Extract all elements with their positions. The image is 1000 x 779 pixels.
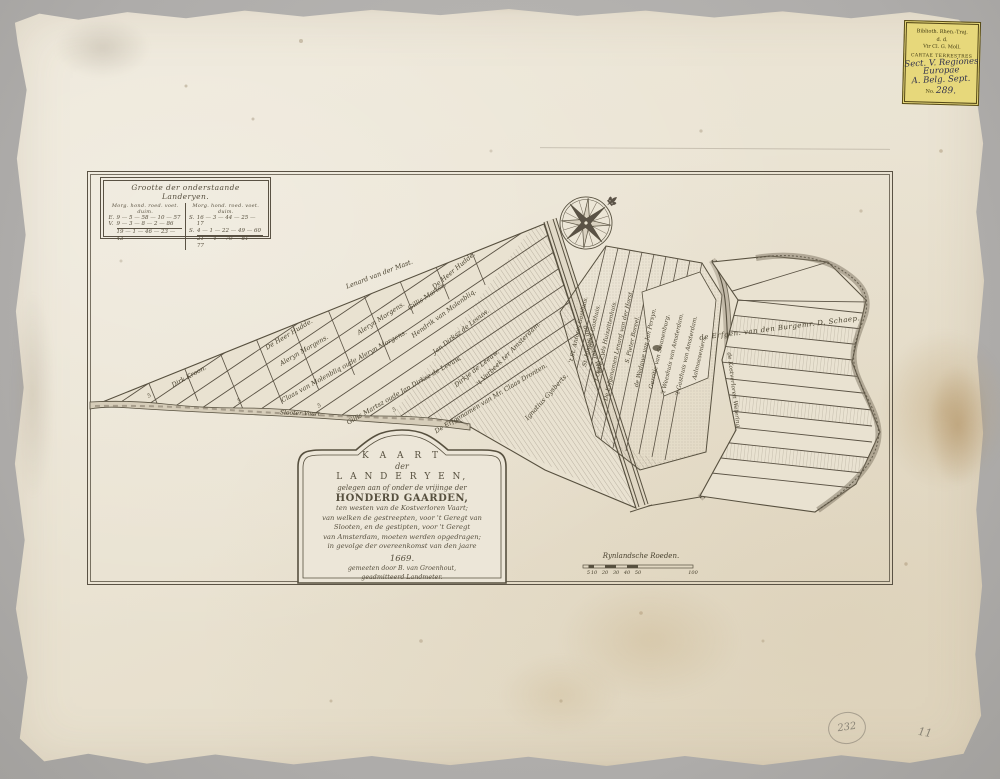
- cartouche-line: van welken de gestreepten, voor 't Gereg…: [300, 514, 504, 524]
- legend-row: S.16 — 3 — 44 — 25 — 17: [189, 215, 263, 229]
- cartouche-surveyor-title: geadmitteerd Landmeter.: [300, 573, 504, 582]
- cartouche-surveyor: gemeeten door B. van Groenhout,: [300, 564, 504, 573]
- label-line: Vir Cl. G. Moll.: [904, 43, 979, 52]
- cartouche-line: L A N D E R Y E N,: [300, 472, 504, 482]
- scale-tick: 30: [613, 570, 620, 576]
- legend-title: Grootte der onderstaande Landeryen.: [107, 183, 265, 201]
- cartouche-line: K A A R T: [300, 451, 504, 461]
- row-label: S.: [189, 228, 197, 235]
- library-label: Biblioth. Rhen.-Traj. d. d. Vir Cl. G. M…: [902, 20, 981, 106]
- number-prefix: No.: [925, 89, 934, 95]
- row-label: S.: [189, 215, 197, 229]
- legend-row: V.9 — 3 — 8 — 2 — 86: [109, 221, 183, 228]
- fleur-de-lis-icon: [605, 194, 620, 209]
- row-label: E.: [109, 215, 117, 222]
- row-values: 4 — 1 — 22 — 49 — 60: [197, 228, 261, 235]
- number-value: 289.: [936, 86, 956, 97]
- cartouche-line: ten westen van de Kostverloren Vaart;: [300, 504, 504, 514]
- scale-tick: 10: [591, 570, 598, 576]
- cartouche-year: 1669.: [300, 554, 504, 564]
- cartouche-line: HONDERD GAARDEN,: [300, 493, 504, 504]
- legend-divider: [185, 203, 186, 250]
- handwritten-line: A. Belg. Sept.: [903, 75, 978, 87]
- cartouche-line: van Amsterdam, moeten werden opgedragen;: [300, 533, 504, 543]
- scale-tick: 100: [688, 570, 698, 576]
- scale-tick: 40: [623, 570, 631, 576]
- map-drawing: Dirk Kroon. De Heer Hudde. Lenard van de…: [0, 0, 1000, 779]
- legend-column-header: Morg. hond. roed. voet. duim.: [189, 203, 263, 215]
- label-number: No. 289.: [903, 86, 978, 97]
- row-values: 9 — 3 — 8 — 2 — 86: [117, 221, 174, 228]
- legend-left-column: Morg. hond. roed. voet. duim. E.9 — 5 — …: [107, 203, 185, 250]
- legend-right-column: Morg. hond. roed. voet. duim. S.16 — 3 —…: [187, 203, 265, 250]
- legend-total-row: 19 — 1 — 46 — 23 — 43: [117, 228, 183, 243]
- row-label: V.: [109, 221, 117, 228]
- cartouche-line: Slooten, en de gestipten, voor 't Geregt: [300, 523, 504, 533]
- scale-tick: 50: [635, 570, 642, 576]
- legend-inner-border: Grootte der onderstaande Landeryen. Morg…: [103, 180, 269, 237]
- title-cartouche: K A A R T der L A N D E R Y E N, gelegen…: [300, 451, 504, 582]
- legend-row: E.9 — 5 — 58 — 10 — 57: [109, 215, 183, 222]
- legend-total-row: 21 — 4 — 70 — 81 — 77: [197, 235, 263, 250]
- cartouche-line: gelegen aan of onder de vrijinge der: [300, 484, 504, 492]
- scale-tick: 20: [601, 570, 609, 576]
- cartouche-line: der: [300, 462, 504, 471]
- scale-bar: Rynlandsche Roeden. 5 10 20 30 40 50 100: [583, 552, 699, 576]
- row-values: 19 — 1 — 46 — 23 — 43: [117, 229, 183, 243]
- scale-label: Rynlandsche Roeden.: [602, 552, 679, 560]
- legend-row: S.4 — 1 — 22 — 49 — 60: [189, 228, 263, 235]
- legend-column-header: Morg. hond. roed. voet. duim.: [109, 203, 183, 215]
- row-values: 21 — 4 — 70 — 81 — 77: [197, 236, 263, 250]
- water-label: Slooter Vaart: [280, 409, 321, 417]
- row-values: 9 — 5 — 58 — 10 — 57: [117, 215, 181, 222]
- row-values: 16 — 3 — 44 — 25 — 17: [197, 215, 263, 229]
- cartouche-line: in gevolge der overeenkomst van den jaar…: [300, 542, 504, 552]
- scale-tick: 5: [587, 570, 590, 576]
- area-legend-box: Grootte der onderstaande Landeryen. Morg…: [100, 177, 271, 239]
- pencil-corner-number: 11: [917, 725, 933, 740]
- scanned-map-sheet: Dirk Kroon. De Heer Hudde. Lenard van de…: [0, 0, 1000, 779]
